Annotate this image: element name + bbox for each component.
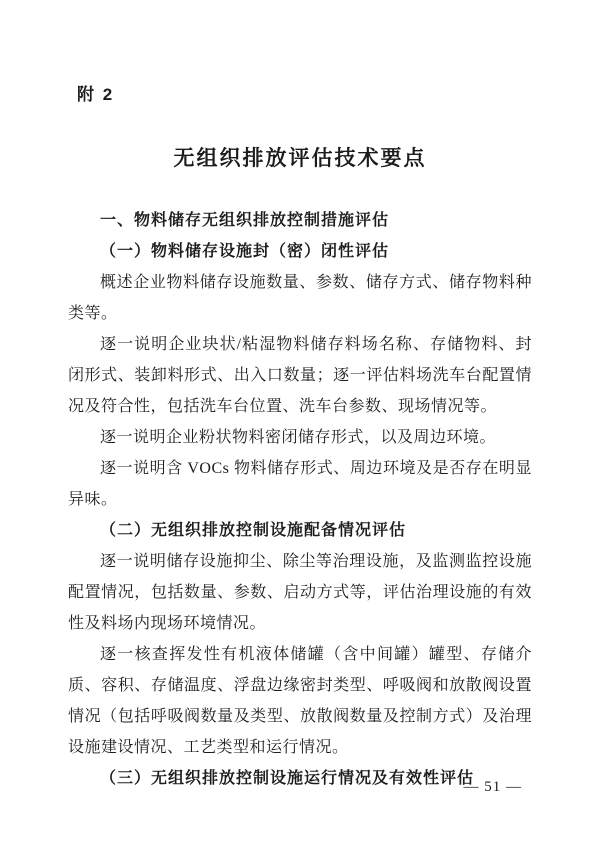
document-title: 无组织排放评估技术要点 — [0, 142, 600, 172]
subsection-heading: （二）无组织排放控制设施配备情况评估 — [68, 515, 532, 546]
section-heading: 一、物料储存无组织排放控制措施评估 — [68, 205, 532, 236]
subsection-heading: （三）无组织排放控制设施运行情况及有效性评估 — [68, 763, 532, 794]
paragraph: 概述企业物料储存设施数量、参数、储存方式、储存物料种类等。 — [68, 267, 532, 329]
subsection-heading: （一）物料储存设施封（密）闭性评估 — [68, 236, 532, 267]
paragraph: 逐一核查挥发性有机液体储罐（含中间罐）罐型、存储介质、容积、存储温度、浮盘边缘密… — [68, 639, 532, 763]
attachment-label: 附 2 — [77, 80, 114, 105]
document-body: 一、物料储存无组织排放控制措施评估 （一）物料储存设施封（密）闭性评估 概述企业… — [68, 205, 532, 794]
paragraph: 逐一说明储存设施抑尘、除尘等治理设施，及监测监控设施配置情况，包括数量、参数、启… — [68, 546, 532, 639]
paragraph: 逐一说明含 VOCs 物料储存形式、周边环境及是否存在明显异味。 — [68, 453, 532, 515]
paragraph: 逐一说明企业块状/粘湿物料储存料场名称、存储物料、封闭形式、装卸料形式、出入口数… — [68, 329, 532, 422]
page-number: — 51 — — [464, 779, 523, 796]
document-page: 附 2 无组织排放评估技术要点 一、物料储存无组织排放控制措施评估 （一）物料储… — [0, 0, 600, 848]
paragraph: 逐一说明企业粉状物料密闭储存形式，以及周边环境。 — [68, 422, 532, 453]
